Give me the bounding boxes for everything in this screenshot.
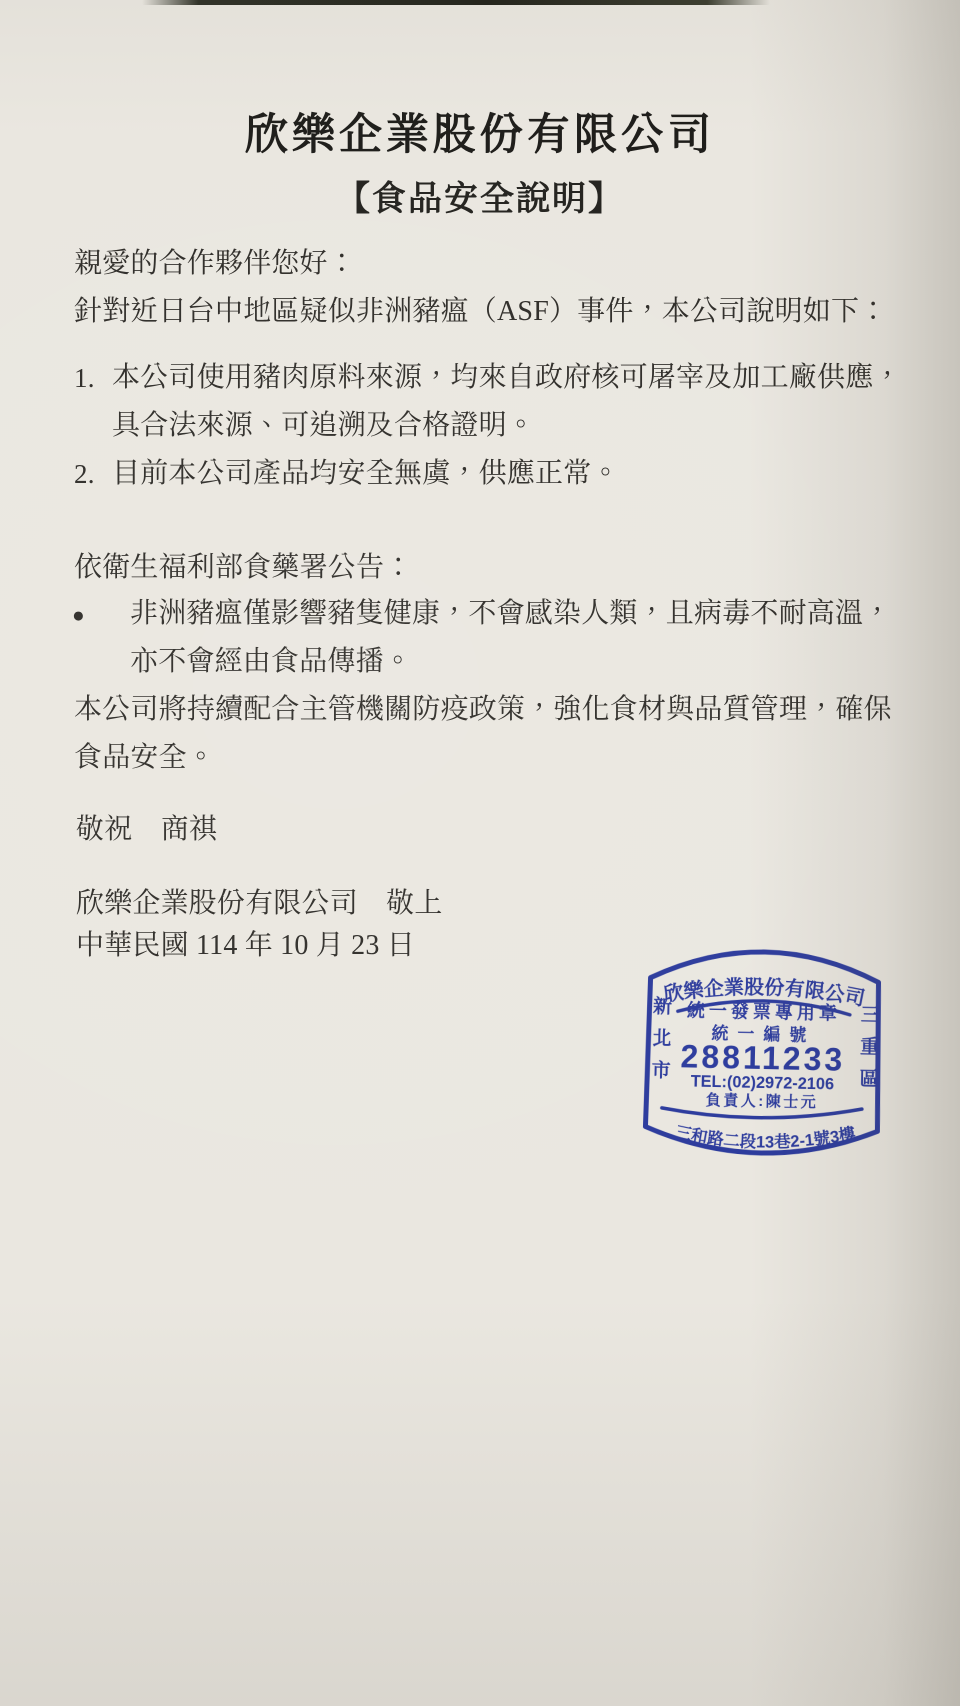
stamp-city-vertical-text: 新北市 [649, 996, 670, 1092]
item-text: 本公司使用豬肉原料來源，均來自政府核可屠宰及加工廠供應，具合法來源、可追溯及合格… [112, 354, 902, 450]
announcement-heading: 依衛生福利部食藥署公告： [74, 544, 900, 592]
intro-line: 針對近日台中地區疑似非洲豬瘟（ASF）事件，本公司說明如下： [74, 288, 900, 336]
item-text: 目前本公司產品均安全無虞，供應正常。 [112, 450, 902, 498]
greeting-line: 親愛的合作夥伴您好： [74, 240, 900, 288]
background-table-edge [142, 0, 770, 5]
document-photo: 欣樂企業股份有限公司 【食品安全說明】 親愛的合作夥伴您好： 針對近日台中地區疑… [0, 0, 960, 1706]
stamp-invoice-chop-label: 統一發票專用章 [668, 1001, 860, 1023]
signature-line: 欣樂企業股份有限公司 敬上 [76, 882, 900, 926]
company-seal-stamp: 欣樂企業股份有限公司 三和路二段13巷2-1號3樓 統一發票專用章 統一編號 2… [641, 944, 885, 1165]
well-wishes-line: 敬祝 商祺 [76, 806, 900, 854]
item-number: 1. [74, 354, 112, 402]
stamp-phone-number: TEL:(02)2972-2106 [670, 1072, 855, 1093]
numbered-item-2: 2. 目前本公司產品均安全無虞，供應正常。 [74, 450, 902, 498]
numbered-item-1: 1. 本公司使用豬肉原料來源，均來自政府核可屠宰及加工廠供應，具合法來源、可追溯… [74, 354, 902, 450]
bullet-item: ● 非洲豬瘟僅影響豬隻健康，不會感染人類，且病毒不耐高溫，亦不會經由食品傳播。 [72, 590, 908, 686]
company-title: 欣樂企業股份有限公司 [0, 108, 960, 164]
closing-paragraph: 本公司將持續配合主管機關防疫政策，強化食材與品質管理，確保食品安全。 [74, 686, 902, 782]
bullet-marker-icon: ● [72, 590, 130, 639]
stamp-district-vertical-text: 三重區 [857, 1004, 878, 1100]
letter-subject: 【食品安全說明】 [0, 178, 960, 222]
bullet-text: 非洲豬瘟僅影響豬隻健康，不會感染人類，且病毒不耐高溫，亦不會經由食品傳播。 [130, 590, 908, 686]
item-number: 2. [74, 450, 112, 498]
